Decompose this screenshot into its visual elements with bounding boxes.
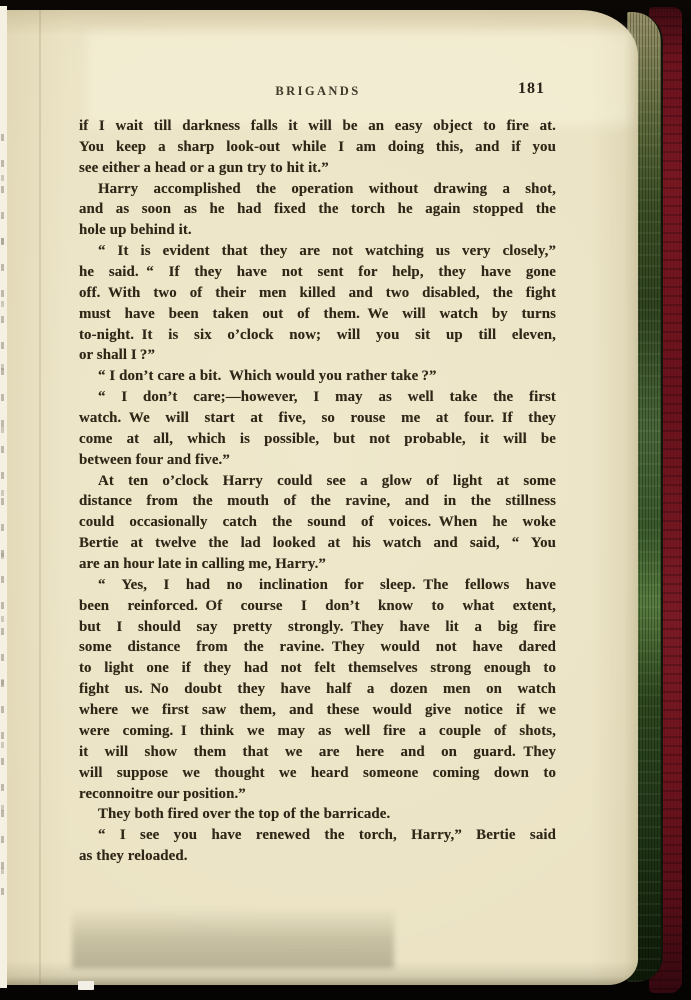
text-line: come at all, which is possible, but not … [79, 429, 556, 450]
text-line: must have been taken out of them. We wil… [79, 304, 556, 325]
text-line: to-night. It is six o’clock now; will yo… [79, 325, 556, 346]
text-line: “ Yes, I had no inclination for sleep. T… [79, 575, 556, 596]
gutter-edge-strip [0, 6, 7, 988]
page-number: 181 [518, 80, 564, 98]
scan-light-artifact [86, 32, 631, 126]
text-line: off. With two of their men killed and tw… [79, 283, 556, 304]
text-line: see either a head or a gun try to hit it… [79, 158, 556, 179]
text-line: At ten o’clock Harry could see a glow of… [79, 471, 556, 492]
text-line: some distance from the ravine. They woul… [79, 637, 556, 658]
text-line: to light one if they had not felt themse… [79, 658, 556, 679]
text-line: could occasionally catch the sound of vo… [79, 512, 556, 533]
text-line: fight us. No doubt they have half a doze… [79, 679, 556, 700]
body-text: if I wait till darkness falls it will be… [79, 116, 556, 867]
text-line: watch. We will start at five, so rouse m… [79, 408, 556, 429]
text-line: reconnoitre our position.” [79, 784, 556, 805]
text-line: They both fired over the top of the barr… [79, 804, 556, 825]
text-line: distance from the mouth of the ravine, a… [79, 491, 556, 512]
book-page: BRIGANDS 181 if I wait till darkness fal… [5, 10, 638, 985]
text-line: it will show them that we are here and o… [79, 742, 556, 763]
text-line: and as soon as he had fixed the torch he… [79, 199, 556, 220]
text-line: will suppose we thought we heard someone… [79, 763, 556, 784]
text-line: between four and five.” [79, 450, 556, 471]
text-line: hole up behind it. [79, 220, 556, 241]
text-line: “ I don’t care;—however, I may as well t… [79, 387, 556, 408]
text-line: You keep a sharp look-out while I am doi… [79, 137, 556, 158]
text-line: “ I don’t care a bit. Which would you ra… [79, 366, 556, 387]
text-line: but I should say pretty strongly. They h… [79, 617, 556, 638]
book-scan: BRIGANDS 181 if I wait till darkness fal… [0, 0, 691, 1000]
text-line: he said. “ If they have not sent for hel… [79, 262, 556, 283]
scan-shadow-artifact [72, 908, 394, 968]
text-line: Harry accomplished the operation without… [79, 179, 556, 200]
text-line: or shall I ?” [79, 345, 556, 366]
page-crease [39, 10, 41, 985]
text-line: are an hour late in calling me, Harry.” [79, 554, 556, 575]
text-line: “ It is evident that they are not watchi… [79, 241, 556, 262]
text-line: been reinforced. Of course I don’t know … [79, 596, 556, 617]
text-line: as they reloaded. [79, 846, 556, 867]
text-line: were coming. I think we may as well fire… [79, 721, 556, 742]
text-line: “ I see you have renewed the torch, Harr… [79, 825, 556, 846]
text-line: if I wait till darkness falls it will be… [79, 116, 556, 137]
text-line: Bertie at twelve the lad looked at his w… [79, 533, 556, 554]
running-head: BRIGANDS [240, 84, 396, 99]
text-line: where we first saw them, and these would… [79, 700, 556, 721]
scan-artifact-square [78, 981, 94, 990]
